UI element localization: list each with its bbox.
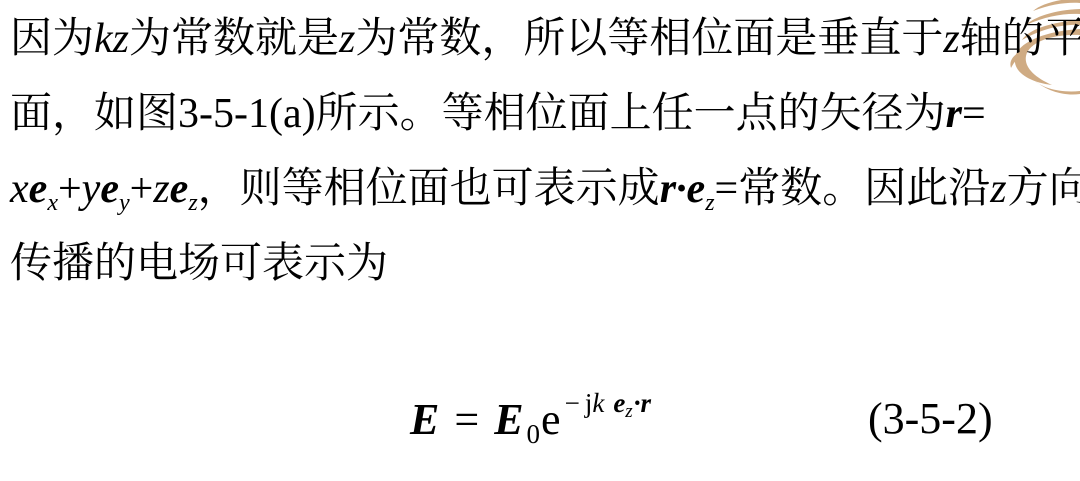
var-kz: kz xyxy=(94,16,129,62)
var-z: z xyxy=(153,166,169,212)
imaginary-j: j xyxy=(585,388,593,418)
equals-sign: = xyxy=(962,91,986,137)
vector-e: e xyxy=(29,166,48,212)
vector-r: r xyxy=(946,91,962,137)
vector-r: r xyxy=(660,166,676,212)
vector-e: e xyxy=(613,388,625,418)
subscript-z: z xyxy=(188,190,197,216)
vector-r: r xyxy=(640,388,651,418)
text-run: 常数。因此沿 xyxy=(738,166,990,212)
subscript-z: z xyxy=(705,190,714,216)
dot-product: · xyxy=(676,166,687,212)
vector-e: e xyxy=(170,166,189,212)
exponent: −jkez·r xyxy=(565,390,651,421)
text-line-1: 因为kz为常数就是z为常数，所以等相位面是垂直于z轴的平 xyxy=(10,2,1076,77)
equals-sign: = xyxy=(454,395,479,444)
text-run: 为常数就是 xyxy=(129,16,339,62)
plus-sign: + xyxy=(58,166,82,212)
subscript-0: 0 xyxy=(527,419,541,449)
text-run: 方向 xyxy=(1007,166,1080,212)
var-k: k xyxy=(592,388,604,418)
text-line-4: 传播的电场可表示为 xyxy=(10,227,1076,302)
var-x: x xyxy=(10,166,29,212)
equals-sign: = xyxy=(715,166,739,212)
dot-product: · xyxy=(634,388,641,418)
text-line-2: 面，如图3-5-1(a)所示。等相位面上任一点的矢径为r= xyxy=(10,77,1076,152)
text-run: 所示。等相位面上任一点的矢径为 xyxy=(316,91,946,137)
body-text: 因为kz为常数就是z为常数，所以等相位面是垂直于z轴的平 面，如图3-5-1(a… xyxy=(10,2,1076,302)
text-run: 因为 xyxy=(10,16,94,62)
text-run: 传播的电场可表示为 xyxy=(10,241,388,287)
equation-number: (3-5-2) xyxy=(868,397,993,441)
var-y: y xyxy=(82,166,101,212)
text-run: 为常数，所以等相位面是垂直于 xyxy=(355,16,943,62)
var-z: z xyxy=(990,166,1006,212)
figure-ref: 3-5-1(a) xyxy=(178,91,316,137)
subscript-x: x xyxy=(47,190,58,216)
minus-sign: − xyxy=(565,388,580,418)
equation-display: E=E0e−jkez·r xyxy=(410,398,651,448)
subscript-y: y xyxy=(119,190,130,216)
subscript-z: z xyxy=(625,401,632,422)
slide: 因为kz为常数就是z为常数，所以等相位面是垂直于z轴的平 面，如图3-5-1(a… xyxy=(0,0,1080,481)
text-run: ，则等相位面也可表示成 xyxy=(198,166,660,212)
vector-E: E xyxy=(410,395,439,444)
var-z: z xyxy=(943,16,959,62)
exponential-e: e xyxy=(541,395,561,444)
text-run: 轴的平 xyxy=(960,16,1080,62)
plus-sign: + xyxy=(130,166,154,212)
var-z: z xyxy=(339,16,355,62)
text-run: 面，如图 xyxy=(10,91,178,137)
text-line-3: xex+yey+zez，则等相位面也可表示成r·ez=常数。因此沿z方向 xyxy=(10,152,1076,227)
vector-e: e xyxy=(100,166,119,212)
vector-E0: E xyxy=(494,395,523,444)
vector-e: e xyxy=(687,166,706,212)
